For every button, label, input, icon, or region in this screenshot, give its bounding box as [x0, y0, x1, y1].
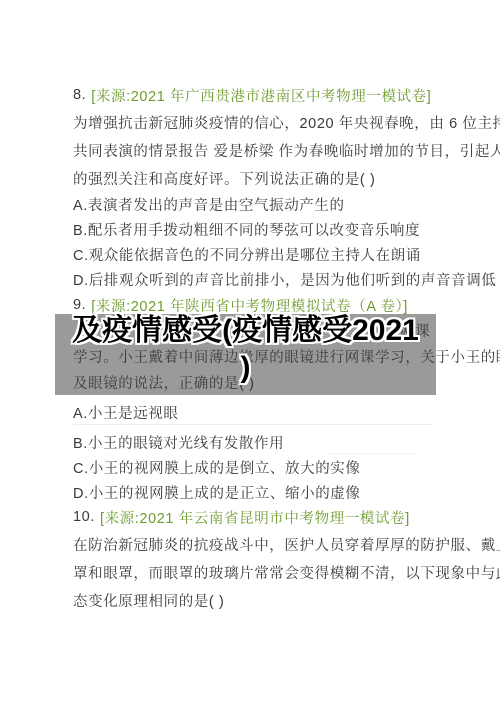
overlay-title-line-2: ) [55, 349, 436, 386]
question-8-body-line: 共同表演的情景报告 爱是桥梁 作为春晚临时增加的节目，引起人们 [73, 136, 435, 164]
faint-divider [73, 424, 433, 425]
question-8-option-c: C.观众能依据音色的不同分辨出是哪位主持人在朗诵 [73, 242, 435, 267]
question-8-option-d: D.后排观众听到的声音比前排小，是因为他们听到的声音音调低 [73, 267, 435, 292]
question-10-source-line: 10. [来源:2021 年云南省昆明市中考物理一模试卷] [73, 504, 435, 530]
question-9-option-a: A.小王是远视眼 [73, 400, 435, 425]
question-10: 10. [来源:2021 年云南省昆明市中考物理一模试卷] 在防治新冠肺炎的抗疫… [73, 504, 435, 614]
exam-page: 8. [来源:2021 年广西贵港市港南区中考物理一模试卷] 为增强抗击新冠肺炎… [0, 0, 500, 707]
question-8-option-b: B.配乐者用手拨动粗细不同的琴弦可以改变音乐响度 [73, 217, 435, 242]
question-number: 10. [73, 509, 95, 525]
question-9-options: A.小王是远视眼 [73, 400, 435, 425]
question-number: 9. [73, 297, 86, 313]
question-source: [来源:2021 年广西贵港市港南区中考物理一模试卷] [91, 85, 431, 106]
overlay-title-line-1: 及疫情感受(疫情感受2021 [55, 312, 436, 349]
question-8-body-line: 为增强抗击新冠肺炎疫情的信心，2020 年央视春晚，由 6 位主持人 [73, 108, 435, 136]
question-8-body-line: 的强烈关注和高度好评。下列说法正确的是( ) [73, 164, 435, 192]
question-8: 8. [来源:2021 年广西贵港市港南区中考物理一模试卷] 为增强抗击新冠肺炎… [73, 82, 435, 292]
question-10-body-line: 罩和眼罩，而眼罩的玻璃片常常会变得模糊不清，以下现象中与此物 [73, 558, 435, 586]
question-10-body-line: 态变化原理相同的是( ) [73, 586, 435, 614]
question-8-source-line: 8. [来源:2021 年广西贵港市港南区中考物理一模试卷] [73, 82, 435, 108]
question-9-options-rest: B.小王的眼镜对光线有发散作用 C.小王的视网膜上成的是倒立、放大的实像 D.小… [73, 430, 435, 505]
overlay-title: 及疫情感受(疫情感受2021 ) [55, 312, 436, 386]
question-9-option-b: B.小王的眼镜对光线有发散作用 [73, 430, 435, 455]
question-10-body-line: 在防治新冠肺炎的抗疫战斗中，医护人员穿着厚厚的防护服、戴上口 [73, 530, 435, 558]
question-8-option-a: A.表演者发出的声音是由空气振动产生的 [73, 192, 435, 217]
question-9-option-d: D.小王的视网膜上成的是正立、缩小的虚像 [73, 480, 435, 505]
question-number: 8. [73, 87, 86, 103]
question-9-option-c: C.小王的视网膜上成的是倒立、放大的实像 [73, 455, 435, 480]
question-source: [来源:2021 年云南省昆明市中考物理一模试卷] [100, 507, 410, 528]
